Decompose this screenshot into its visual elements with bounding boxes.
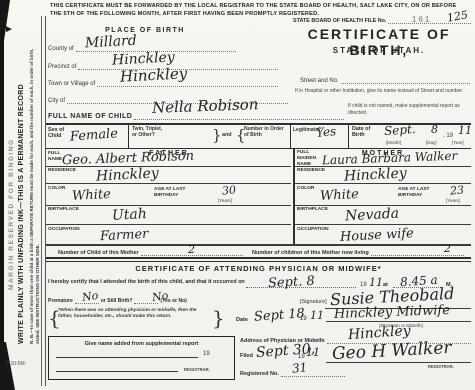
mother-age-label: AGE AT LAST BIRTHDAY [398, 187, 450, 199]
father-color-label: COLOR [48, 186, 65, 191]
certificate-subtitle: STATE OF UTAH. [286, 46, 472, 55]
county-label: County of [48, 46, 74, 52]
margin-write-plainly-label: WRITE PLAINLY WITH UNFADING INK—THIS IS … [18, 84, 25, 344]
father-birthplace-rule [46, 224, 291, 225]
child-name-blank [134, 118, 344, 120]
registrar-signature-rule [326, 362, 471, 363]
hospital-note: If in Hospital or other Institution, giv… [295, 88, 473, 95]
footnote-brace-close: } [212, 306, 225, 330]
street-blank [341, 82, 470, 84]
margin-nb-note: N. B.—In case of more than one child at … [29, 44, 41, 344]
children-living-value: 2 [444, 242, 451, 255]
mother-occupation-value: House wife [340, 226, 415, 245]
child-name-value: Nella Robison [152, 95, 259, 117]
physician-role-rule [326, 321, 471, 322]
mother-color-label: COLOR [297, 186, 314, 191]
mother-years-bracket: [Years] [446, 198, 460, 203]
scan-edge-strip [0, 0, 4, 390]
physician-date-year-value: 11 [310, 309, 324, 322]
scan-edge-top-wedge [0, 0, 10, 44]
father-age-value: 30 [221, 183, 236, 197]
legitimate-value: Yes [315, 124, 336, 140]
children-count-line: Number of Child of this Mother [58, 247, 243, 256]
town-label: Town or Village of [48, 81, 95, 87]
physician-footnote: *When there was no attending physician o… [58, 308, 210, 321]
section-thick-rule [46, 257, 471, 259]
mother-color-value: White [320, 187, 360, 204]
filed-year-printed: 19 [298, 354, 305, 360]
premature-label: Premature [48, 298, 73, 304]
mother-occupation-label: OCCUPATION [297, 227, 329, 232]
sex-row-divider-1 [128, 123, 129, 149]
parent-column-divider [293, 148, 295, 245]
twin-brace-close: } [212, 126, 222, 144]
father-residence-rule [46, 183, 291, 184]
supplemental-blank-2 [56, 371, 178, 372]
supplemental-box: Give name added from supplemental report [48, 336, 235, 380]
and-label: and [222, 132, 232, 138]
mother-birthplace-rule [295, 224, 471, 225]
sex-value: Female [70, 126, 119, 144]
birth-certificate-scan: ► MARGIN RESERVED FOR BINDING WRITE PLAI… [0, 0, 475, 390]
mother-residence-value: Hinckley [344, 165, 407, 184]
father-occupation-label: OCCUPATION [48, 227, 80, 232]
county-value: Millard [85, 33, 138, 52]
not-named-note: If child is not named, make supplemental… [348, 103, 470, 117]
father-occupation-value: Farmer [100, 227, 149, 245]
registrar-label: REGISTRAR. [428, 364, 454, 369]
city-label: City of [48, 98, 65, 104]
sex-row-divider-2 [290, 123, 291, 149]
supplemental-year: 19 [203, 351, 210, 357]
dob-bracket-month: [Month] [386, 140, 401, 145]
dob-bracket-day: [Day] [426, 140, 437, 145]
dob-year-value: 11 [458, 124, 472, 137]
sex-row-bottom-rule [46, 148, 471, 150]
street-label: Street and No. [300, 78, 339, 84]
premature-value: No [81, 289, 99, 304]
occupation-bottom-rule [46, 244, 471, 246]
mother-residence-rule [295, 183, 471, 184]
children-count-value: 2 [188, 243, 195, 256]
certify-date-value: Sept. 8 [268, 274, 315, 291]
twin-label: Twin, Triplet, or Other? [132, 126, 168, 138]
margin-rule-inner [45, 16, 46, 386]
father-birthplace-value: Utah [112, 206, 148, 224]
section-thin-rule [46, 261, 471, 262]
physician-date-year-printed: 19 [300, 316, 307, 322]
stillbirth-value: No [151, 289, 169, 304]
town-value: Hinckley [120, 64, 188, 85]
father-name-rule [46, 166, 291, 167]
file-number-label: STATE BOARD OF HEALTH FILE No. [293, 18, 386, 24]
margin-rule-outer [41, 16, 42, 386]
father-birthplace-label: BIRTHPLACE [48, 207, 79, 212]
dob-month-value: Sept. [384, 122, 417, 138]
premature-line: Premature or Still Birth? (Yes or No) [48, 295, 236, 304]
stillbirth-label: or Still Birth? [101, 298, 133, 304]
certify-text: I hereby certify that I attended the bir… [48, 279, 245, 285]
children-living-line: Number of children of this Mother now li… [252, 247, 464, 256]
registered-value: 31 [291, 360, 308, 376]
father-years-bracket: [Years] [218, 198, 232, 203]
supplemental-blank-1 [56, 357, 198, 358]
supplemental-registrar-label: REGISTRAR. [184, 367, 210, 372]
file-number-line: STATE BOARD OF HEALTH FILE No. [293, 18, 471, 24]
father-residence-label: RESIDENCE [48, 168, 76, 173]
dob-year-printed: , 19 [443, 133, 453, 139]
signature-label: [Signature] [300, 299, 327, 305]
child-name-label: FULL NAME OF CHILD [48, 113, 132, 120]
father-color-rule [46, 205, 291, 206]
order-label: Number in Order of Birth [244, 126, 284, 138]
physician-date-label: Date [236, 317, 248, 323]
certify-year-printed: 19 [360, 282, 367, 288]
supplemental-label: Give name added from supplemental report [49, 341, 234, 347]
mother-color-rule [295, 205, 471, 206]
sex-row-divider-3 [348, 123, 349, 149]
place-of-birth-heading: PLACE OF BIRTH [60, 27, 230, 34]
precinct-label: Precinct of [48, 64, 76, 70]
children-count-label: Number of Child of this Mother [58, 250, 139, 256]
mother-age-value: 23 [449, 183, 464, 197]
father-age-label: AGE AT LAST BIRTHDAY [154, 187, 206, 199]
mother-birthplace-value: Nevada [345, 206, 400, 225]
children-living-label: Number of children of this Mother now li… [252, 250, 369, 256]
dob-label: Date of Birth [352, 126, 380, 139]
physician-heading: CERTIFICATE OF ATTENDING PHYSICIAN OR MI… [46, 264, 471, 273]
father-residence-value: Hinckley [96, 165, 159, 184]
file-number-stamp: 161 [412, 15, 431, 24]
physician-role-value: Hinckley Midwife [334, 303, 450, 322]
dob-bracket-year: [Year] [452, 140, 464, 145]
mother-birthplace-label: BIRTHPLACE [297, 207, 328, 212]
binding-arrow-icon: ► [4, 24, 14, 35]
filed-label: Filed [240, 353, 253, 359]
forwarding-instruction: THIS CERTIFICATE MUST BE FORWARDED BY TH… [50, 3, 462, 18]
dob-day-value: 8 [431, 123, 438, 136]
registered-blank [281, 375, 345, 377]
print-code: 7-10-5M. [6, 361, 26, 367]
filed-year-value: 11 [306, 346, 320, 359]
mother-residence-label: RESIDENCE [297, 168, 325, 173]
street-line: Street and No. [300, 72, 470, 84]
registered-label: Registered No. [240, 371, 279, 377]
father-color-value: White [72, 187, 112, 204]
physician-date-value: Sept 18 [254, 306, 306, 325]
margin-binding-label: MARGIN RESERVED FOR BINDING [8, 138, 15, 290]
